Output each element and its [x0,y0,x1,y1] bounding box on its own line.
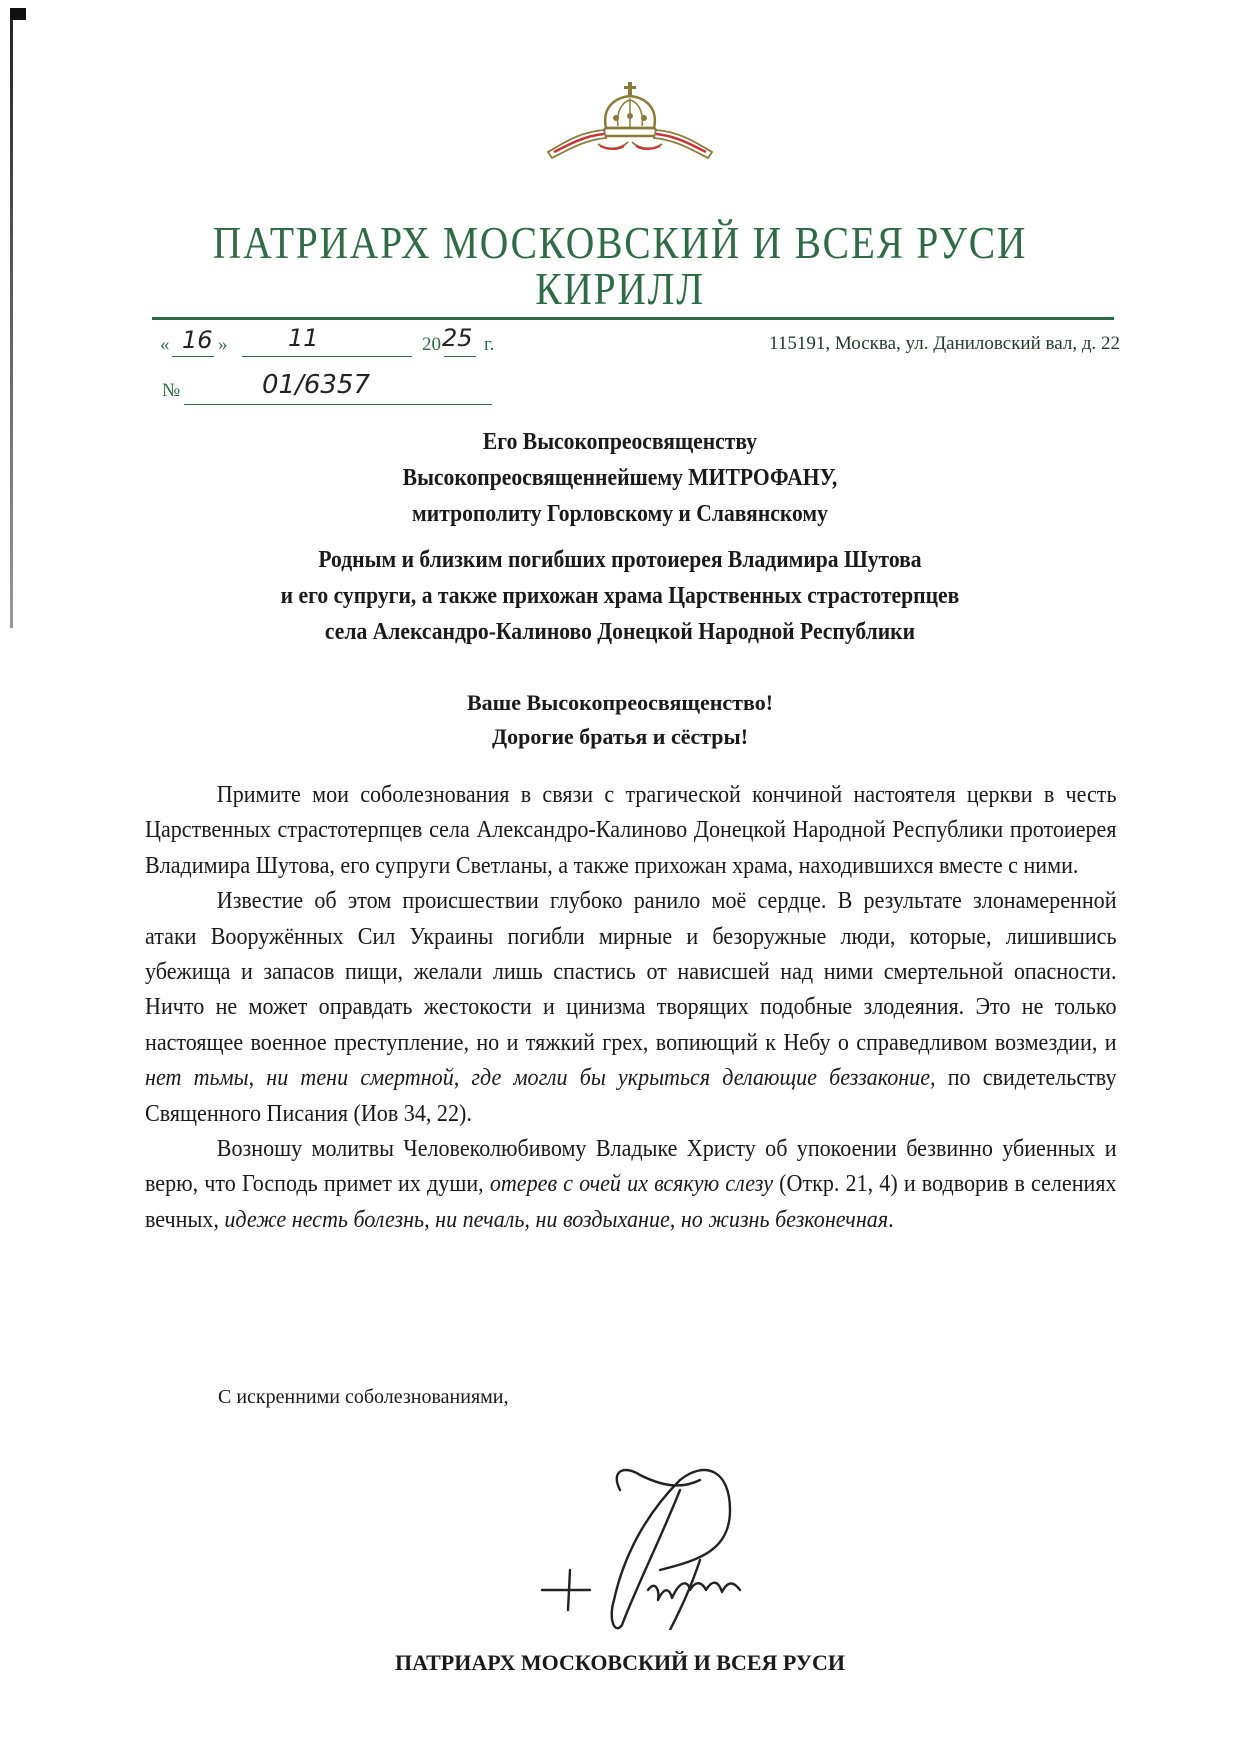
signatory-title: ПАТРИАРХ МОСКОВСКИЙ И ВСЕЯ РУСИ [0,1650,1240,1676]
scripture-quote: идеже несть болезнь, ни печаль, ни возды… [224,1207,888,1233]
date-day: 16 [182,326,213,354]
date-year-prefix: 20 [422,334,441,356]
scripture-quote: отерев с очей их всякую слезу [490,1171,773,1197]
salutation-line: Дорогие братья и сёстры! [0,720,1240,754]
closing-phrase: С искренними соболезнованиями, [218,1386,509,1409]
addressee-line: Родным и близким погибших протоиерея Вла… [62,542,1178,578]
handwritten-signature-icon [530,1440,790,1630]
date-month: 11 [288,324,319,352]
addressee-relatives: Родным и близким погибших протоиерея Вла… [62,542,1178,650]
addressee-line: села Александро-Калиново Донецкой Народн… [62,614,1178,650]
letterhead-divider [152,317,1114,320]
date-close-quote: » [218,334,228,356]
patriarch-crown-emblem-icon [540,80,720,160]
date-month-underline [242,356,412,357]
addressee-line: Высокопреосвященнейшему МИТРОФАНУ, [62,460,1178,496]
number-label: № [162,380,180,401]
body-paragraph-1: Примите мои соболезнования в связи с тра… [145,778,1117,884]
document-number-field: № 01/6357 [162,380,180,402]
sender-address: 115191, Москва, ул. Даниловский вал, д. … [769,333,1120,355]
text-run: . [888,1207,894,1233]
addressee-line: митрополиту Горловскому и Славянскому [62,496,1178,532]
salutation-line: Ваше Высокопреосвященство! [0,686,1240,720]
scan-edge-artifact [10,8,13,628]
document-number: 01/6357 [262,370,370,400]
scripture-quote: нет тьмы, ни тени смертной, где могли бы… [145,1065,930,1091]
text-run: Известие об этом происшествии глубоко ра… [145,888,1117,1056]
date-year-unit: г. [484,334,494,356]
addressee-line: и его супруги, а также прихожан храма Ца… [62,578,1178,614]
document-number-underline [184,404,492,405]
body-paragraph-2: Известие об этом происшествии глубоко ра… [145,884,1117,1132]
date-year-underline [444,356,476,357]
letterhead-name: КИРИЛЛ [87,262,1153,315]
date-year-suffix: 25 [442,324,473,352]
date-open-quote: « [160,334,170,356]
scan-corner-artifact [10,8,26,20]
addressee-metropolitan: Его Высокопреосвященству Высокопреосвяще… [62,424,1178,532]
date-day-underline [172,356,214,357]
addressee-line: Его Высокопреосвященству [62,424,1178,460]
body-paragraph-3: Возношу молитвы Человеколюбивому Владыке… [145,1132,1117,1238]
letter-body: Примите мои соболезнования в связи с тра… [145,778,1117,1238]
salutation: Ваше Высокопреосвященство! Дорогие брать… [0,686,1240,754]
